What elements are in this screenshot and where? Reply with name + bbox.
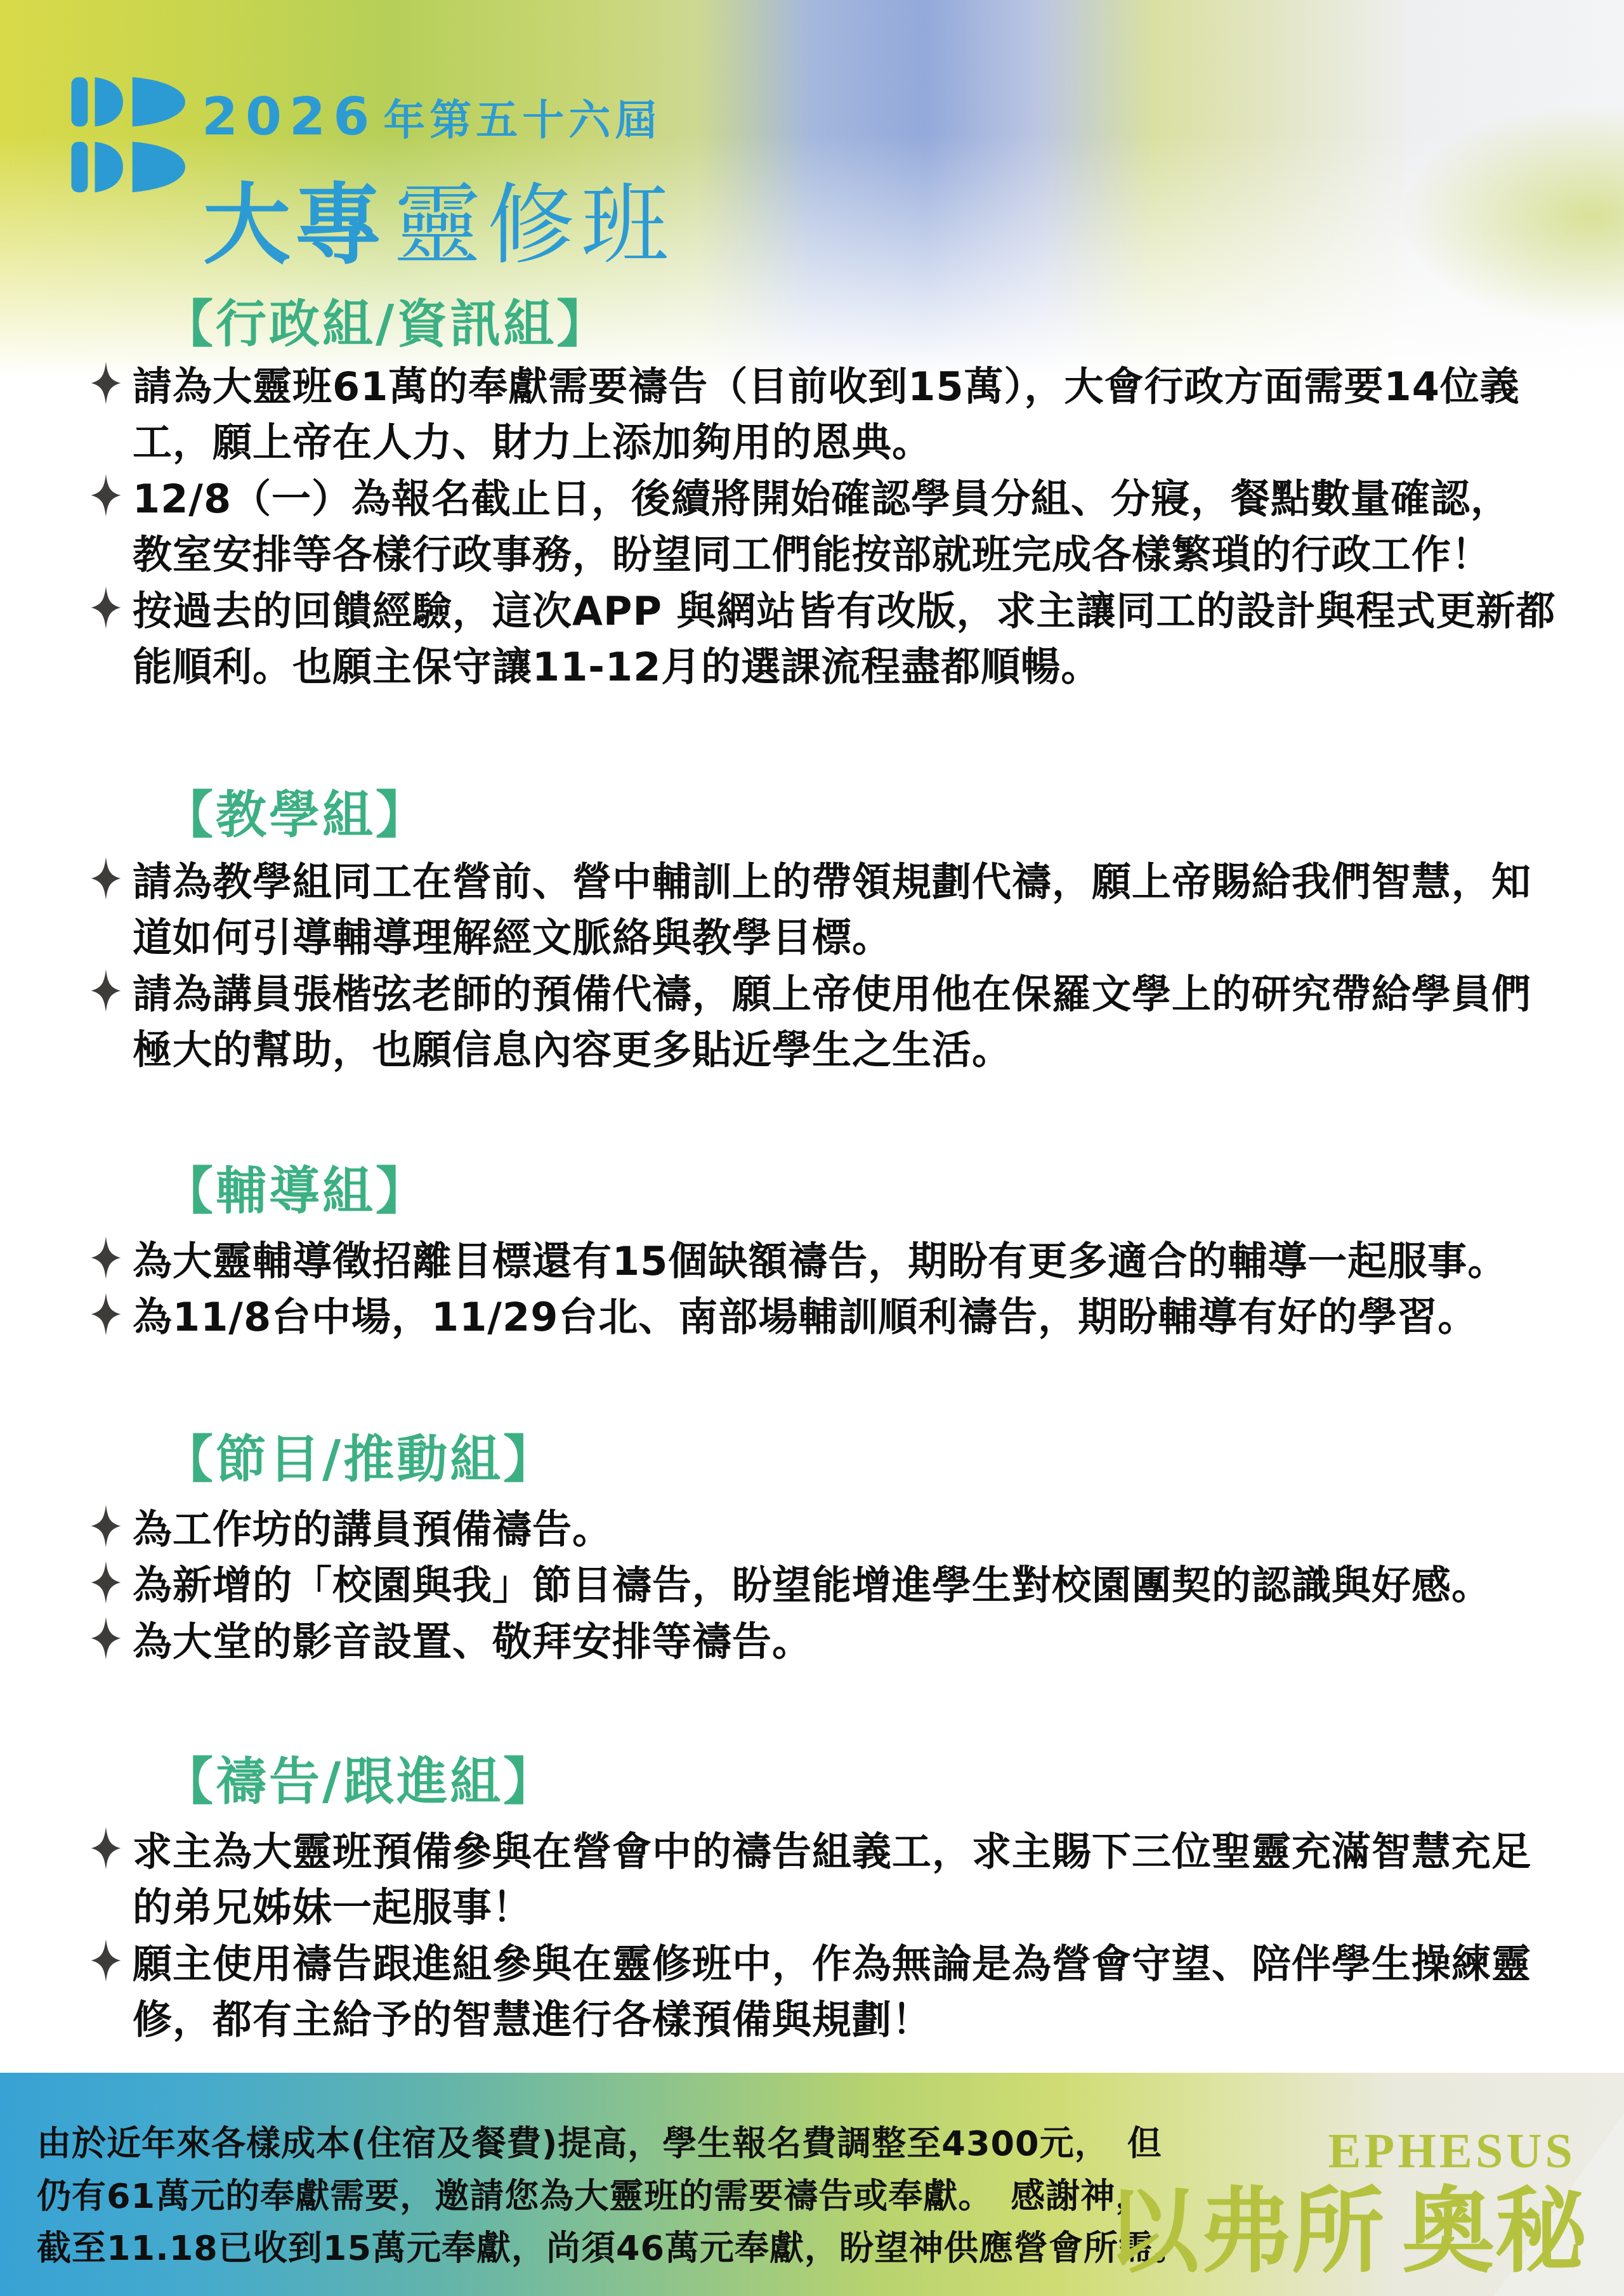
bullet-line: 為11/8台中場，11/29台北、南部場輔訓順利禱告，期盼輔導有好的學習。 (88, 1286, 1585, 1343)
section-heading-program-promotion: 【節目/推動組】 (162, 1418, 556, 1491)
bullet-line: 工，願上帝在人力、財力上添加夠用的恩典。 (88, 412, 1585, 468)
sparkle-bullet-icon (88, 473, 124, 518)
section-heading-admin-info: 【行政組/資訊組】 (162, 283, 610, 356)
bullet-line: 為工作坊的講員預備禱告。 (88, 1498, 1585, 1555)
bullet-line: 的弟兄姊妹一起服事！ (88, 1877, 1585, 1933)
bullet-line: 按過去的回饋經驗，這次APP 與網站皆有改版，求主讓同工的設計與程式更新都 (88, 580, 1585, 636)
event-year: 2026 (202, 87, 377, 147)
sparkle-bullet-icon (88, 1938, 124, 1983)
bullet-text: 為11/8台中場，11/29台北、南部場輔訓順利禱告，期盼輔導有好的學習。 (133, 1286, 1477, 1342)
bullet-line: 請為教學組同工在營前、營中輔訓上的帶領規劃代禱，願上帝賜給我們智慧，知 (88, 851, 1585, 907)
bullet-line: 為新增的「校園與我」節目禱告，盼望能增進學生對校園團契的認識與好感。 (88, 1555, 1585, 1611)
event-edition: 年第五十六屆 (383, 96, 661, 145)
sparkle-bullet-icon (88, 969, 124, 1013)
bullet-text: 工，願上帝在人力、財力上添加夠用的恩典。 (133, 411, 932, 467)
bullet-line: 願主使用禱告跟進組參與在靈修班中，作為無論是為營會守望、陪伴學生操練靈 (88, 1933, 1585, 1989)
bullet-text: 求主為大靈班預備參與在營會中的禱告組義工，求主賜下三位聖靈充滿智慧充足 (133, 1820, 1531, 1877)
section-body-teaching: 請為教學組同工在營前、營中輔訓上的帶領規劃代禱，願上帝賜給我們智慧，知 道如何引… (88, 851, 1585, 1075)
section-heading-prayer-followup: 【禱告/跟進組】 (162, 1740, 556, 1813)
bullet-text: 教室安排等各樣行政事務，盼望同工們能按部就班完成各樣繁瑣的行政工作！ (133, 523, 1491, 580)
section-body-prayer-followup: 求主為大靈班預備參與在營會中的禱告組義工，求主賜下三位聖靈充滿智慧充足 的弟兄姊… (88, 1820, 1585, 2045)
section-heading-teaching: 【教學組】 (162, 774, 429, 847)
bullet-text: 極大的幫助，也願信息內容更多貼近學生之生活。 (133, 1019, 1012, 1075)
bullet-text: 修，都有主給予的智慧進行各樣預備與規劃！ (133, 1988, 932, 2045)
bullet-line: 請為講員張楷弦老師的預備代禱，願上帝使用他在保羅文學上的研究帶給學員們 (88, 963, 1585, 1019)
ephesus-chinese-part1: 以弗所 (1106, 2181, 1384, 2283)
bullet-text: 道如何引導輔導理解經文脈絡與教學目標。 (133, 906, 892, 963)
footer-text-line: 仍有61萬元的奉獻需要，邀請您為大靈班的需要禱告或奉獻。 感謝神， (37, 2169, 1150, 2218)
bullet-text: 為新增的「校園與我」節目禱告，盼望能增進學生對校園團契的認識與好感。 (133, 1554, 1491, 1610)
footer-text-line: 由於近年來各樣成本(住宿及餐費)提高，學生報名費調整至4300元， 但 (37, 2117, 1162, 2165)
footer-text-line: 截至11.18已收到15萬元奉獻，尚須46萬元奉獻，盼望神供應營會所需。 (37, 2221, 1188, 2270)
bullet-text: 為大堂的影音設置、敬拜安排等禱告。 (133, 1610, 812, 1667)
bullet-line: 修，都有主給予的智慧進行各樣預備與規劃！ (88, 1989, 1585, 2045)
bullet-line: 極大的幫助，也願信息內容更多貼近學生之生活。 (88, 1019, 1585, 1076)
event-year-line: 2026年第五十六屆 (202, 86, 661, 147)
sparkle-bullet-icon (88, 1826, 124, 1870)
bullet-line: 為大靈輔導徵招離目標還有15個缺額禱告，期盼有更多適合的輔導一起服事。 (88, 1230, 1585, 1286)
sparkle-bullet-icon (88, 361, 124, 405)
event-title-line: 大專靈修班 (203, 155, 675, 280)
bullet-line: 12/8（一）為報名截止日，後續將開始確認學員分組、分寢，餐點數量確認， (88, 467, 1585, 524)
bullet-line: 請為大靈班61萬的奉獻需要禱告（目前收到15萬），大會行政方面需要14位義 (88, 355, 1585, 412)
bullet-text: 的弟兄姊妹一起服事！ (133, 1876, 532, 1933)
ephesus-chinese-part2: 奧秘 (1402, 2181, 1587, 2283)
bullet-line: 為大堂的影音設置、敬拜安排等禱告。 (88, 1610, 1585, 1667)
section-body-program-promotion: 為工作坊的講員預備禱告。 為新增的「校園與我」節目禱告，盼望能增進學生對校園團契… (88, 1498, 1585, 1667)
sparkle-bullet-icon (88, 585, 124, 630)
prayer-poster-page: 2026年第五十六屆 大專靈修班 【行政組/資訊組】 請為大靈班61萬的奉獻需要… (0, 0, 1624, 2296)
ephesus-chinese-title: 以弗所奧秘 (1106, 2186, 1587, 2278)
bullet-text: 按過去的回饋經驗，這次APP 與網站皆有改版，求主讓同工的設計與程式更新都 (133, 580, 1555, 636)
bb-logo-mark-icon (70, 76, 190, 193)
bullet-text: 請為大靈班61萬的奉獻需要禱告（目前收到15萬），大會行政方面需要14位義 (133, 355, 1520, 412)
bullet-text: 12/8（一）為報名截止日，後續將開始確認學員分組、分寢，餐點數量確認， (133, 467, 1510, 524)
sparkle-bullet-icon (88, 1560, 124, 1605)
event-title-bold: 大專 (203, 174, 386, 276)
sparkle-bullet-icon (88, 1236, 124, 1280)
section-body-admin-info: 請為大靈班61萬的奉獻需要禱告（目前收到15萬），大會行政方面需要14位義 工，… (88, 355, 1585, 692)
bullet-line: 求主為大靈班預備參與在營會中的禱告組義工，求主賜下三位聖靈充滿智慧充足 (88, 1820, 1585, 1877)
bullet-line: 能順利。也願主保守讓11-12月的選課流程盡都順暢。 (88, 636, 1585, 693)
bullet-line: 道如何引導輔導理解經文脈絡與教學目標。 (88, 907, 1585, 963)
bullet-text: 能順利。也願主保守讓11-12月的選課流程盡都順暢。 (133, 636, 1101, 692)
sparkle-bullet-icon (88, 1504, 124, 1548)
sparkle-bullet-icon (88, 856, 124, 901)
bullet-line: 教室安排等各樣行政事務，盼望同工們能按部就班完成各樣繁瑣的行政工作！ (88, 524, 1585, 580)
bullet-text: 請為教學組同工在營前、營中輔訓上的帶領規劃代禱，願上帝賜給我們智慧，知 (133, 851, 1531, 907)
sparkle-bullet-icon (88, 1292, 124, 1336)
section-body-counselors: 為大靈輔導徵招離目標還有15個缺額禱告，期盼有更多適合的輔導一起服事。 為11/… (88, 1230, 1585, 1342)
sparkle-bullet-icon (88, 1616, 124, 1660)
bullet-text: 請為講員張楷弦老師的預備代禱，願上帝使用他在保羅文學上的研究帶給學員們 (133, 963, 1531, 1019)
bullet-text: 為大靈輔導徵招離目標還有15個缺額禱告，期盼有更多適合的輔導一起服事。 (133, 1230, 1507, 1286)
ephesus-wordmark: EPHESUS (1328, 2122, 1576, 2179)
bullet-text: 為工作坊的講員預備禱告。 (133, 1498, 612, 1555)
event-title-light: 靈修班 (393, 174, 675, 276)
bullet-text: 願主使用禱告跟進組參與在靈修班中，作為無論是為營會守望、陪伴學生操練靈 (133, 1933, 1531, 1989)
section-heading-counselors: 【輔導組】 (162, 1150, 429, 1223)
